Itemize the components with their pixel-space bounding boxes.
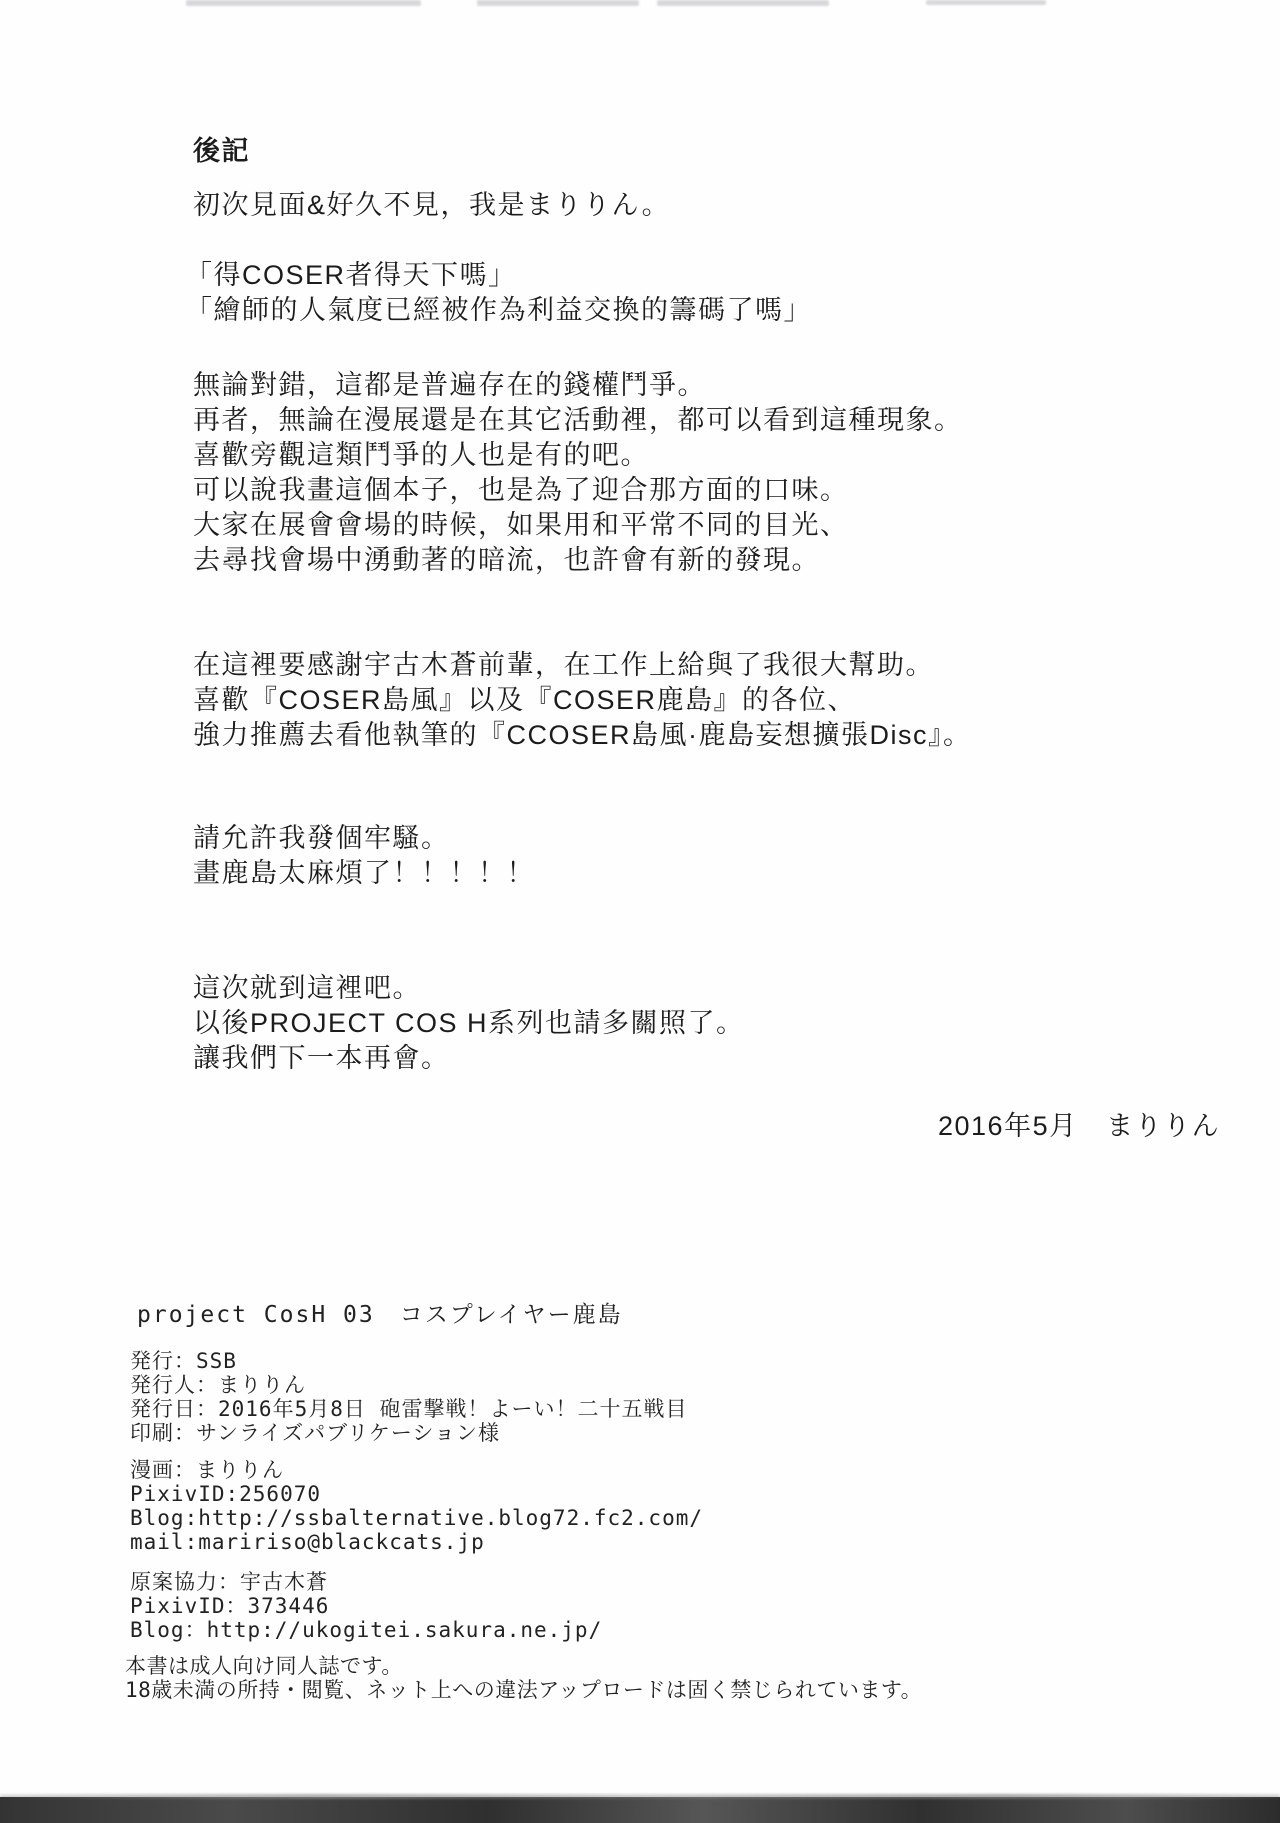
text-line: 可以說我畫這個本子，也是為了迎合那方面的口味。	[193, 473, 963, 508]
colophon-title: project CosH 03 コスプレイヤー鹿島	[137, 1303, 623, 1327]
text-line: 発行：SSB	[130, 1349, 688, 1373]
afterword-paragraph-thanks: 在這裡要感謝宇古木蒼前輩，在工作上給與了我很大幫助。喜歡『COSER島風』以及『…	[193, 648, 972, 753]
text-line: PixivID：373446	[130, 1594, 602, 1618]
text-line: Blog：http://ukogitei.sakura.ne.jp/	[130, 1618, 602, 1642]
scan-artifact-top	[926, 0, 1046, 5]
colophon-adult-notice: 本書は成人向け同人誌です。18歳未満の所持・閲覧、ネット上への違法アップロードは…	[125, 1654, 922, 1702]
colophon-publisher-info: 発行：SSB発行人：まりりん発行日：2016年5月8日 砲雷撃戦！よーい！二十五…	[130, 1349, 688, 1445]
text-line: 喜歡旁觀這類鬥爭的人也是有的吧。	[193, 438, 963, 473]
afterword-paragraph-closing: 這次就到這裡吧。以後PROJECT COS H系列也請多關照了。讓我們下一本再會…	[193, 971, 745, 1076]
scan-artifact-bottom-band	[0, 1797, 1280, 1823]
text-line: PixivID:256070	[130, 1482, 703, 1506]
colophon-collaborator-info: 原案協力：宇古木蒼PixivID：373446Blog：http://ukogi…	[130, 1570, 602, 1642]
text-line: Blog:http://ssbalternative.blog72.fc2.co…	[130, 1506, 703, 1530]
scan-artifact-top	[477, 0, 639, 6]
text-line: 発行人：まりりん	[130, 1373, 688, 1397]
scan-artifact-top	[186, 0, 421, 6]
scan-artifact-top	[657, 0, 829, 6]
text-line: 大家在展會會場的時候，如果用和平常不同的目光、	[193, 508, 963, 543]
afterword-paragraph-quotes: 「得COSER者得天下嗎」「繪師的人氣度已經被作為利益交換的籌碼了嗎」	[185, 258, 812, 328]
text-line: 18歳未満の所持・閲覧、ネット上への違法アップロードは固く禁じられています。	[125, 1678, 922, 1702]
signature-date-author: 2016年5月 まりりん	[938, 1104, 1220, 1143]
colophon-artist-info: 漫画：まりりんPixivID:256070Blog:http://ssbalte…	[130, 1458, 703, 1554]
text-line: 発行日：2016年5月8日 砲雷撃戦！よーい！二十五戦目	[130, 1397, 688, 1421]
afterword-paragraph-commentary: 無論對錯，這都是普遍存在的錢權鬥爭。再者，無論在漫展還是在其它活動裡，都可以看到…	[193, 368, 963, 578]
text-line: 以後PROJECT COS H系列也請多關照了。	[193, 1006, 745, 1041]
text-line: 漫画：まりりん	[130, 1458, 703, 1482]
text-line: mail:maririso@blackcats.jp	[130, 1530, 703, 1554]
text-line: 本書は成人向け同人誌です。	[125, 1654, 922, 1678]
text-line: 初次見面&好久不見，我是まりりん。	[193, 188, 670, 223]
text-line: 讓我們下一本再會。	[193, 1041, 745, 1076]
afterword-heading: 後記	[193, 134, 250, 169]
afterword-paragraph-greeting: 初次見面&好久不見，我是まりりん。	[193, 188, 670, 223]
text-line: 請允許我發個牢騷。	[193, 821, 535, 856]
text-line: 在這裡要感謝宇古木蒼前輩，在工作上給與了我很大幫助。	[193, 648, 972, 683]
scanned-afterword-page: 後記 初次見面&好久不見，我是まりりん。 「得COSER者得天下嗎」「繪師的人氣…	[0, 0, 1280, 1823]
text-line: 「繪師的人氣度已經被作為利益交換的籌碼了嗎」	[185, 293, 812, 328]
text-line: 去尋找會場中湧動著的暗流，也許會有新的發現。	[193, 543, 963, 578]
text-line: 原案協力：宇古木蒼	[130, 1570, 602, 1594]
text-line: 強力推薦去看他執筆的『CCOSER島風·鹿島妄想擴張Disc』。	[193, 718, 972, 753]
text-line: 無論對錯，這都是普遍存在的錢權鬥爭。	[193, 368, 963, 403]
afterword-paragraph-complaint: 請允許我發個牢騷。畫鹿島太麻煩了！！！！！	[193, 821, 535, 891]
text-line: 喜歡『COSER島風』以及『COSER鹿島』的各位、	[193, 683, 972, 718]
text-line: 再者，無論在漫展還是在其它活動裡，都可以看到這種現象。	[193, 403, 963, 438]
text-line: 印刷：サンライズパブリケーション様	[130, 1421, 688, 1445]
text-line: 畫鹿島太麻煩了！！！！！	[193, 856, 535, 891]
text-line: 這次就到這裡吧。	[193, 971, 745, 1006]
text-line: 「得COSER者得天下嗎」	[185, 258, 812, 293]
